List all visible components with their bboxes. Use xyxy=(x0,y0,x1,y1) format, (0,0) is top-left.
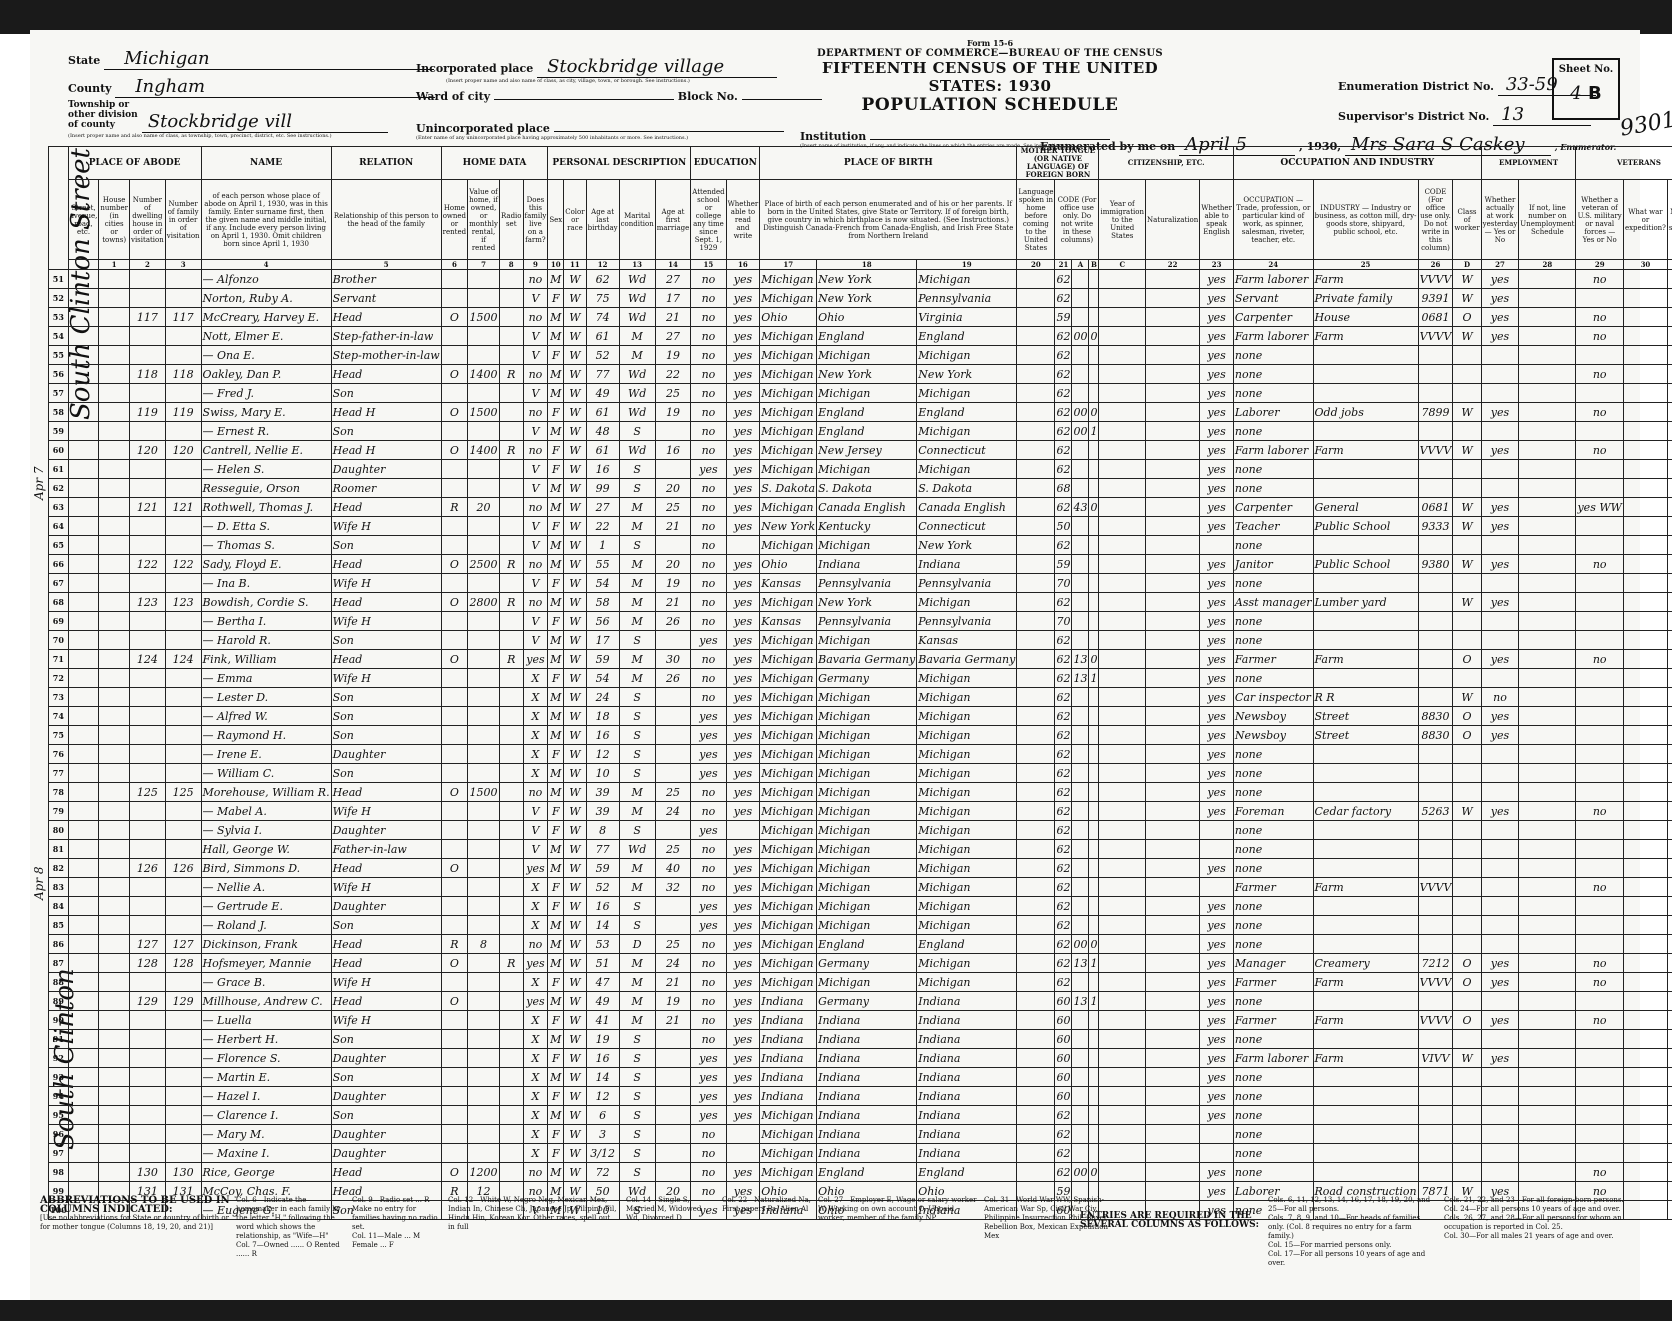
relation: Daughter xyxy=(331,1144,441,1163)
street-cell xyxy=(68,1068,99,1087)
line-number: 66 xyxy=(49,555,69,574)
dwelling-number xyxy=(129,574,165,593)
school: no xyxy=(691,1011,726,1030)
unemployment-line xyxy=(1519,346,1576,365)
county-label: County xyxy=(68,82,112,95)
farm-schedule xyxy=(1667,441,1672,460)
house-number-cell xyxy=(99,764,130,783)
occupation-code xyxy=(1418,346,1453,365)
code-b: 13 xyxy=(1072,650,1089,669)
race: W xyxy=(564,954,586,973)
home-value xyxy=(468,726,500,745)
at-work xyxy=(1481,1125,1519,1144)
department-title: DEPARTMENT OF COMMERCE—BUREAU OF THE CEN… xyxy=(800,48,1180,59)
sex: M xyxy=(548,479,564,498)
township-label: Township or other division of county xyxy=(68,100,138,130)
war xyxy=(1623,498,1667,517)
immigration-year xyxy=(1099,1106,1146,1125)
code-b xyxy=(1072,878,1089,897)
birthplace-mother: Michigan xyxy=(917,878,1017,897)
radio-set xyxy=(499,1163,523,1182)
birthplace-mother: Indiana xyxy=(917,1125,1017,1144)
immigration-year xyxy=(1099,840,1146,859)
farm-schedule xyxy=(1667,1163,1672,1182)
farm: X xyxy=(523,897,548,916)
marital: M xyxy=(619,783,655,802)
age-first-marriage xyxy=(655,536,691,555)
birthplace-father: Michigan xyxy=(817,973,917,992)
home-owned xyxy=(441,707,467,726)
naturalization xyxy=(1146,612,1200,631)
sex: F xyxy=(548,346,564,365)
marital: S xyxy=(619,422,655,441)
marital: Wd xyxy=(619,308,655,327)
family-number xyxy=(165,1030,201,1049)
occupation-code: VVVV xyxy=(1418,441,1453,460)
sex: M xyxy=(548,954,564,973)
code-a: 62 xyxy=(1055,745,1072,764)
race: W xyxy=(564,916,586,935)
industry: Farm xyxy=(1313,270,1418,289)
read-write: yes xyxy=(726,384,760,403)
speaks-english: yes xyxy=(1200,574,1234,593)
birthplace-mother: Michigan xyxy=(917,726,1017,745)
relation: Head xyxy=(331,555,441,574)
table-row: 67— Ina B.Wife HVFW54M19noyesKansasPenns… xyxy=(49,574,1672,593)
war xyxy=(1623,1030,1667,1049)
occupation-code: 0681 xyxy=(1418,308,1453,327)
at-work: yes xyxy=(1481,726,1519,745)
read-write: yes xyxy=(726,802,760,821)
occupation-code xyxy=(1418,574,1453,593)
read-write: yes xyxy=(726,612,760,631)
code-c xyxy=(1089,897,1099,916)
person-name: Swiss, Mary E. xyxy=(201,403,331,422)
family-number xyxy=(165,840,201,859)
race: W xyxy=(564,422,586,441)
occupation: Janitor xyxy=(1233,555,1313,574)
dwelling-number xyxy=(129,479,165,498)
naturalization xyxy=(1146,1182,1200,1201)
birthplace-person: Michigan xyxy=(760,1125,817,1144)
at-work xyxy=(1481,840,1519,859)
home-owned xyxy=(441,612,467,631)
radio-set xyxy=(499,460,523,479)
occupation: none xyxy=(1233,536,1313,555)
person-name: — Luella xyxy=(201,1011,331,1030)
column-number: 28 xyxy=(1519,260,1576,270)
naturalization xyxy=(1146,897,1200,916)
sex: M xyxy=(548,1163,564,1182)
radio-set xyxy=(499,289,523,308)
radio-set xyxy=(499,574,523,593)
naturalization xyxy=(1146,650,1200,669)
radio-set: R xyxy=(499,593,523,612)
dwelling-number xyxy=(129,688,165,707)
county-value: Ingham xyxy=(115,76,435,98)
occupation: none xyxy=(1233,422,1313,441)
home-value xyxy=(468,1030,500,1049)
birthplace-father: Michigan xyxy=(817,802,917,821)
home-owned xyxy=(441,574,467,593)
at-work: yes xyxy=(1481,308,1519,327)
relation: Head H xyxy=(331,441,441,460)
family-number xyxy=(165,1049,201,1068)
class-of-worker xyxy=(1453,612,1481,631)
code-b xyxy=(1072,441,1089,460)
line-number: 62 xyxy=(49,479,69,498)
age: 41 xyxy=(586,1011,619,1030)
farm: V xyxy=(523,327,548,346)
birthplace-person: Michigan xyxy=(760,289,817,308)
home-value: 1400 xyxy=(468,441,500,460)
naturalization xyxy=(1146,992,1200,1011)
age-first-marriage xyxy=(655,1106,691,1125)
person-name: Resseguie, Orson xyxy=(201,479,331,498)
code-c xyxy=(1089,289,1099,308)
at-work xyxy=(1481,897,1519,916)
relation: Wife H xyxy=(331,1011,441,1030)
line-number-header xyxy=(49,147,69,270)
radio-set xyxy=(499,688,523,707)
home-value xyxy=(468,631,500,650)
language xyxy=(1017,498,1055,517)
family-number xyxy=(165,821,201,840)
person-name: — Nellie A. xyxy=(201,878,331,897)
immigration-year xyxy=(1099,574,1146,593)
school: yes xyxy=(691,1068,726,1087)
relation: Head xyxy=(331,935,441,954)
person-name: Rice, George xyxy=(201,1163,331,1182)
age-first-marriage xyxy=(655,422,691,441)
at-work xyxy=(1481,821,1519,840)
dwelling-number: 118 xyxy=(129,365,165,384)
language xyxy=(1017,270,1055,289)
farm: V xyxy=(523,631,548,650)
occupation-code xyxy=(1418,992,1453,1011)
language xyxy=(1017,384,1055,403)
farm: no xyxy=(523,403,548,422)
class-of-worker xyxy=(1453,1030,1481,1049)
age: 53 xyxy=(586,935,619,954)
industry: Farm xyxy=(1313,1011,1418,1030)
code-b: 00 xyxy=(1072,327,1089,346)
birthplace-person: Michigan xyxy=(760,783,817,802)
home-value xyxy=(468,897,500,916)
farm-schedule xyxy=(1667,365,1672,384)
entries-2: Cols. 7, 8, 9, and 10—For heads of famil… xyxy=(1268,1214,1438,1241)
code-b xyxy=(1072,859,1089,878)
table-row: 63121121Rothwell, Thomas J.HeadR20noMW27… xyxy=(49,498,1672,517)
sex: M xyxy=(548,308,564,327)
birthplace-mother: Michigan xyxy=(917,688,1017,707)
family-number xyxy=(165,612,201,631)
relation: Son xyxy=(331,631,441,650)
code-a: 60 xyxy=(1055,992,1072,1011)
dwelling-number xyxy=(129,707,165,726)
naturalization xyxy=(1146,935,1200,954)
at-work: yes xyxy=(1481,593,1519,612)
school: no xyxy=(691,346,726,365)
birthplace-person: Michigan xyxy=(760,954,817,973)
unemployment-line xyxy=(1519,1011,1576,1030)
code-c xyxy=(1089,973,1099,992)
relation: Step-father-in-law xyxy=(331,327,441,346)
war xyxy=(1623,1144,1667,1163)
family-number: 128 xyxy=(165,954,201,973)
relation: Wife H xyxy=(331,574,441,593)
code-c xyxy=(1089,707,1099,726)
birthplace-mother: England xyxy=(917,327,1017,346)
school: yes xyxy=(691,764,726,783)
read-write: yes xyxy=(726,973,760,992)
relation: Son xyxy=(331,1068,441,1087)
occupation-code xyxy=(1418,422,1453,441)
birthplace-mother: Michigan xyxy=(917,973,1017,992)
relation: Head xyxy=(331,783,441,802)
class-of-worker: O xyxy=(1453,973,1481,992)
birthplace-father: Michigan xyxy=(817,460,917,479)
veteran xyxy=(1576,517,1623,536)
birthplace-person: Michigan xyxy=(760,365,817,384)
line-number: 92 xyxy=(49,1049,69,1068)
code-b xyxy=(1072,365,1089,384)
street-cell xyxy=(68,1163,99,1182)
family-number xyxy=(165,574,201,593)
immigration-year xyxy=(1099,498,1146,517)
occupation-code-col-header: CODE (For office use only. Do not write … xyxy=(1418,180,1453,260)
radio-set xyxy=(499,631,523,650)
home-value xyxy=(468,1011,500,1030)
farm: V xyxy=(523,460,548,479)
relation: Daughter xyxy=(331,897,441,916)
immigration-year xyxy=(1099,669,1146,688)
table-row: 82126126Bird, Simmons D.HeadOyesMW59M40n… xyxy=(49,859,1672,878)
immigration-year xyxy=(1099,327,1146,346)
immigration-year xyxy=(1099,1030,1146,1049)
home-value xyxy=(468,422,500,441)
naturalization xyxy=(1146,1049,1200,1068)
home-owned: O xyxy=(441,859,467,878)
occupation: none xyxy=(1233,821,1313,840)
code-b xyxy=(1072,973,1089,992)
birthplace-father: Michigan xyxy=(817,536,917,555)
code-a: 62 xyxy=(1055,707,1072,726)
age: 59 xyxy=(586,859,619,878)
birthplace-father: England xyxy=(817,403,917,422)
house-number-cell xyxy=(99,593,130,612)
line-number: 97 xyxy=(49,1144,69,1163)
home-value: 2800 xyxy=(468,593,500,612)
person-name: — Bertha I. xyxy=(201,612,331,631)
naturalization xyxy=(1146,308,1200,327)
line-number: 71 xyxy=(49,650,69,669)
home-value xyxy=(468,669,500,688)
code-b: 00 xyxy=(1072,422,1089,441)
code-b xyxy=(1072,346,1089,365)
entries-6: Col. 24—For all persons 10 years of age … xyxy=(1444,1205,1634,1214)
code-b xyxy=(1072,840,1089,859)
industry: Farm xyxy=(1313,650,1418,669)
code-a: 62 xyxy=(1055,1106,1072,1125)
home-owned xyxy=(441,631,467,650)
age: 14 xyxy=(586,1068,619,1087)
code-b: 13 xyxy=(1072,669,1089,688)
unemployment-line xyxy=(1519,593,1576,612)
table-row: 54Nott, Elmer E.Step-father-in-lawVMW61M… xyxy=(49,327,1672,346)
unemployment-col-header: If not, line number on Unemployment Sche… xyxy=(1519,180,1576,260)
at-work xyxy=(1481,935,1519,954)
immigration-year xyxy=(1099,460,1146,479)
immigration-year xyxy=(1099,593,1146,612)
occupation-code: 7899 xyxy=(1418,403,1453,422)
race: W xyxy=(564,821,586,840)
table-row: 60120120Cantrell, Nellie E.Head HO1400Rn… xyxy=(49,441,1672,460)
age: 18 xyxy=(586,707,619,726)
birthplace-father: Michigan xyxy=(817,688,917,707)
code-c xyxy=(1089,574,1099,593)
unemployment-line xyxy=(1519,555,1576,574)
age: 61 xyxy=(586,327,619,346)
race: W xyxy=(564,308,586,327)
farm-schedule xyxy=(1667,1106,1672,1125)
industry xyxy=(1313,1068,1418,1087)
war xyxy=(1623,555,1667,574)
home-value xyxy=(468,327,500,346)
marital: D xyxy=(619,935,655,954)
at-work: yes xyxy=(1481,1011,1519,1030)
occupation-code: 8830 xyxy=(1418,707,1453,726)
occupation-code xyxy=(1418,1125,1453,1144)
unincorporated-value xyxy=(554,131,784,132)
code-c: 0 xyxy=(1089,1163,1099,1182)
farm: V xyxy=(523,422,548,441)
immigration-year xyxy=(1099,441,1146,460)
value-col-header: Value of home, if owned, or monthly rent… xyxy=(468,180,500,260)
unemployment-line xyxy=(1519,631,1576,650)
class-of-worker xyxy=(1453,1087,1481,1106)
age: 16 xyxy=(586,460,619,479)
table-row: 79— Mabel A.Wife HVFW39M24noyesMichiganM… xyxy=(49,802,1672,821)
farm-schedule xyxy=(1667,802,1672,821)
family-number xyxy=(165,707,201,726)
naturalization xyxy=(1146,460,1200,479)
sex: M xyxy=(548,859,564,878)
code-b: 13 xyxy=(1072,992,1089,1011)
sex: F xyxy=(548,574,564,593)
table-row: 91— Herbert H.SonXMW19SnoyesIndianaIndia… xyxy=(49,1030,1672,1049)
code-b xyxy=(1072,726,1089,745)
column-number: 23 xyxy=(1200,260,1234,270)
marital: Wd xyxy=(619,403,655,422)
relation: Daughter xyxy=(331,1049,441,1068)
family-number xyxy=(165,745,201,764)
relation: Daughter xyxy=(331,1125,441,1144)
code-a: 62 xyxy=(1055,498,1072,517)
farm-schedule xyxy=(1667,669,1672,688)
war xyxy=(1623,574,1667,593)
marital: S xyxy=(619,460,655,479)
language xyxy=(1017,1125,1055,1144)
house-number-cell xyxy=(99,973,130,992)
class-of-worker xyxy=(1453,1144,1481,1163)
war xyxy=(1623,878,1667,897)
person-name: — Emma xyxy=(201,669,331,688)
code-c xyxy=(1089,1068,1099,1087)
birthplace-person: Indiana xyxy=(760,1068,817,1087)
unincorporated-note: (Enter name of any unincorporated place … xyxy=(416,135,784,141)
home-value: 1200 xyxy=(468,1163,500,1182)
farm: V xyxy=(523,821,548,840)
farm-schedule xyxy=(1667,1125,1672,1144)
street-cell xyxy=(68,422,99,441)
table-row: 77— William C.SonXMW10SyesyesMichiganMic… xyxy=(49,764,1672,783)
birthplace-person: S. Dakota xyxy=(760,479,817,498)
dwelling-number: 130 xyxy=(129,1163,165,1182)
veteran xyxy=(1576,669,1623,688)
street-cell xyxy=(68,365,99,384)
farm: X xyxy=(523,1087,548,1106)
speaks-english: yes xyxy=(1200,688,1234,707)
unemployment-line xyxy=(1519,460,1576,479)
veteran xyxy=(1576,384,1623,403)
marital: S xyxy=(619,536,655,555)
sex: M xyxy=(548,992,564,1011)
read-write: yes xyxy=(726,555,760,574)
at-work: yes xyxy=(1481,270,1519,289)
table-row: 84— Gertrude E.DaughterXFW16SyesyesMichi… xyxy=(49,897,1672,916)
farm: yes xyxy=(523,859,548,878)
farm-schedule xyxy=(1667,973,1672,992)
line-number: 80 xyxy=(49,821,69,840)
age: 48 xyxy=(586,422,619,441)
marital: S xyxy=(619,1049,655,1068)
veteran xyxy=(1576,1144,1623,1163)
form-title-block: Form 15-6 DEPARTMENT OF COMMERCE—BUREAU … xyxy=(800,38,1180,115)
state-field: State Michigan xyxy=(68,48,434,70)
person-name: Nott, Elmer E. xyxy=(201,327,331,346)
class-of-worker: O xyxy=(1453,1011,1481,1030)
marital: M xyxy=(619,878,655,897)
read-write: yes xyxy=(726,365,760,384)
war xyxy=(1623,308,1667,327)
naturalization xyxy=(1146,327,1200,346)
farm: V xyxy=(523,517,548,536)
age-first-marriage: 21 xyxy=(655,1011,691,1030)
code-b xyxy=(1072,1125,1089,1144)
school: yes xyxy=(691,1049,726,1068)
home-value: 8 xyxy=(468,935,500,954)
sex: F xyxy=(548,403,564,422)
farm-schedule xyxy=(1667,992,1672,1011)
veteran xyxy=(1576,859,1623,878)
home-value xyxy=(468,270,500,289)
race: W xyxy=(564,612,586,631)
home-owned xyxy=(441,878,467,897)
war xyxy=(1623,403,1667,422)
race: W xyxy=(564,1049,586,1068)
speaks-english: yes xyxy=(1200,270,1234,289)
at-work xyxy=(1481,612,1519,631)
race: W xyxy=(564,517,586,536)
occupation: Car inspector xyxy=(1233,688,1313,707)
war xyxy=(1623,973,1667,992)
birthplace-person: Michigan xyxy=(760,270,817,289)
farm-schedule xyxy=(1667,783,1672,802)
at-work xyxy=(1481,916,1519,935)
unemployment-line xyxy=(1519,327,1576,346)
age: 1 xyxy=(586,536,619,555)
